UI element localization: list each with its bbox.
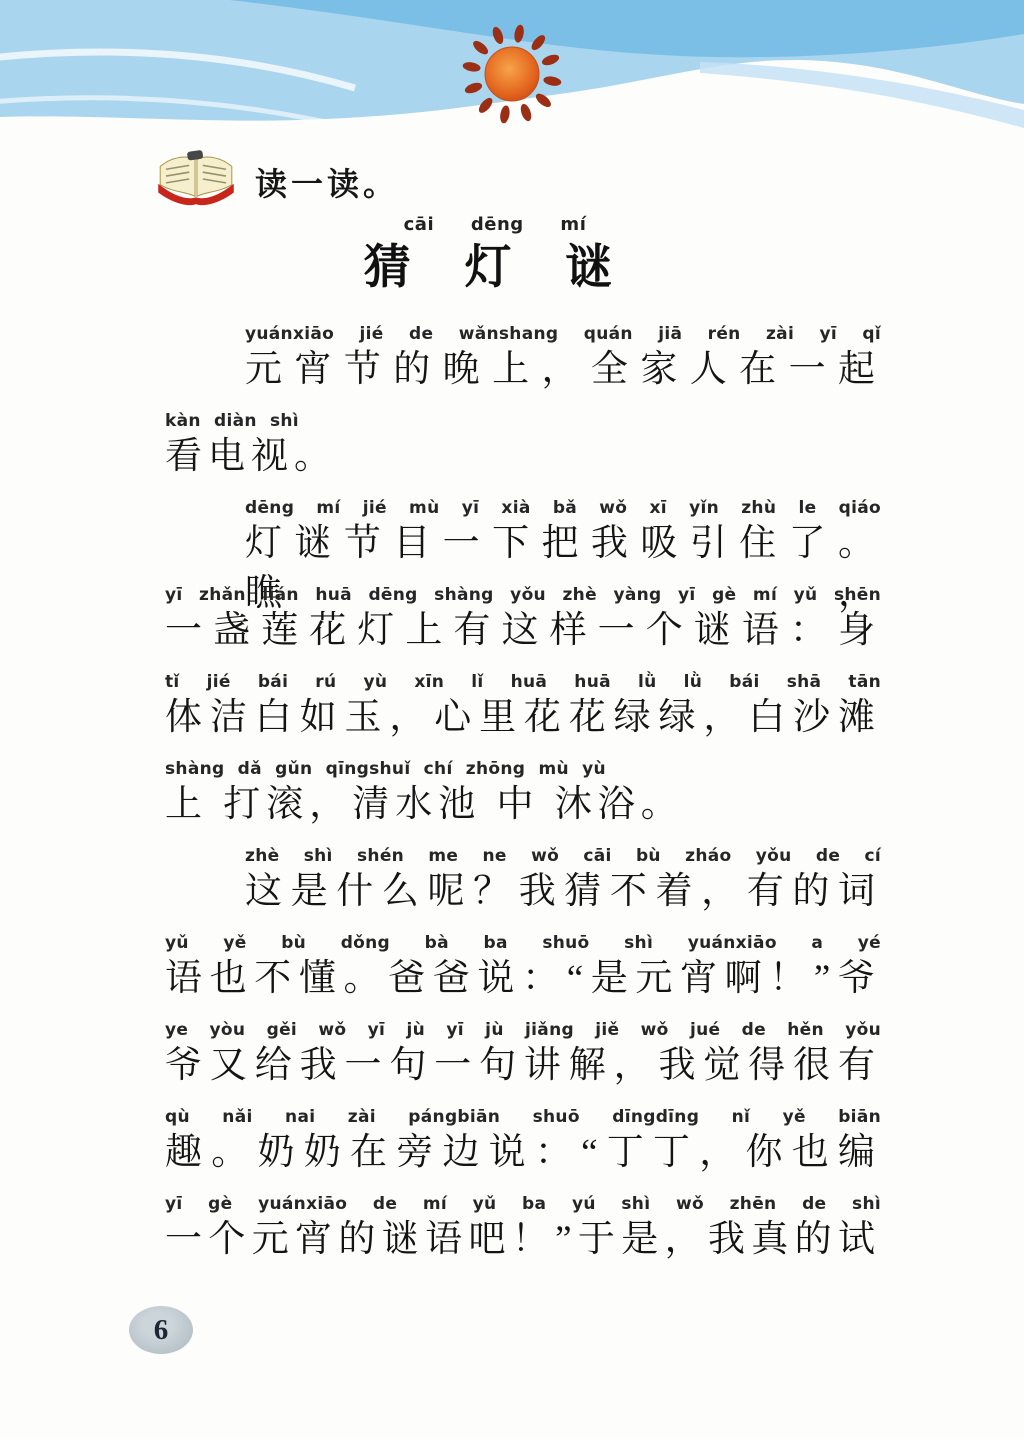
- hanzi-line: 爷又给我一句一句讲解，我觉得很有: [165, 1041, 881, 1091]
- page-number-badge: 6: [129, 1306, 193, 1354]
- hanzi-line: 看电视。: [165, 432, 881, 482]
- text-line: zhè shì shén me ne wǒ cāi bù zháo yǒu de…: [165, 845, 881, 917]
- title-hanzi: 猜 灯 谜: [137, 241, 853, 295]
- lesson-title-block: cāi dēng mí 猜 灯 谜: [137, 214, 853, 295]
- section-header: 读一读。: [153, 146, 881, 208]
- lesson-body: yuánxiāo jié de wǎnshang quán jiā rén zà…: [165, 323, 881, 1265]
- pinyin-line: dēng mí jié mù yī xià bǎ wǒ xī yǐn zhù l…: [245, 497, 881, 519]
- text-line: yuánxiāo jié de wǎnshang quán jiā rén zà…: [165, 323, 881, 395]
- pinyin-line: qù nǎi nai zài pángbiān shuō dīngdīng nǐ…: [165, 1106, 881, 1128]
- title-pinyin: cāi dēng mí: [137, 214, 853, 235]
- pinyin-line: yī gè yuánxiāo de mí yǔ ba yú shì wǒ zhē…: [165, 1193, 881, 1215]
- hanzi-line: 一个元宵的谜语吧！”于是，我真的试: [165, 1215, 881, 1265]
- pinyin-line: tǐ jié bái rú yù xīn lǐ huā huā lǜ lǜ bá…: [165, 671, 881, 693]
- textbook-page: 读一读。 cāi dēng mí 猜 灯 谜 yuánxiāo jié de w…: [0, 0, 1024, 1439]
- pinyin-line: zhè shì shén me ne wǒ cāi bù zháo yǒu de…: [245, 845, 881, 867]
- text-line: tǐ jié bái rú yù xīn lǐ huā huā lǜ lǜ bá…: [165, 671, 881, 743]
- text-line: yī gè yuánxiāo de mí yǔ ba yú shì wǒ zhē…: [165, 1193, 881, 1265]
- text-line: kàn diàn shì 看电视。: [165, 410, 881, 482]
- pinyin-line: yuánxiāo jié de wǎnshang quán jiā rén zà…: [245, 323, 881, 345]
- hanzi-line: 语也不懂。爸爸说：“是元宵啊！”爷: [165, 954, 881, 1004]
- text-line: qù nǎi nai zài pángbiān shuō dīngdīng nǐ…: [165, 1106, 881, 1178]
- hanzi-line: 灯谜节目一下把我吸引住了。瞧，: [245, 519, 881, 569]
- hanzi-line: 上 打滚，清水池 中 沐浴。: [165, 780, 881, 830]
- pinyin-line: kàn diàn shì: [165, 410, 881, 432]
- text-line: shàng dǎ gǔn qīngshuǐ chí zhōng mù yù 上 …: [165, 758, 881, 830]
- text-line: dēng mí jié mù yī xià bǎ wǒ xī yǐn zhù l…: [165, 497, 881, 569]
- section-label: 读一读。: [255, 168, 399, 208]
- hanzi-line: 趣。奶奶在旁边说：“丁丁，你也编: [165, 1128, 881, 1178]
- pinyin-line: yī zhǎn lián huā dēng shàng yǒu zhè yàng…: [165, 584, 881, 606]
- hanzi-line: 一盏莲花灯上有这样一个谜语：身: [165, 606, 881, 656]
- text-line: yī zhǎn lián huā dēng shàng yǒu zhè yàng…: [165, 584, 881, 656]
- hanzi-line: 元宵节的晚上，全家人在一起: [245, 345, 881, 395]
- open-book-icon: [153, 148, 239, 208]
- pinyin-line: ye yòu gěi wǒ yī jù yī jù jiǎng jiě wǒ j…: [165, 1019, 881, 1041]
- page-number: 6: [154, 1316, 169, 1345]
- page-content: 读一读。 cāi dēng mí 猜 灯 谜 yuánxiāo jié de w…: [165, 146, 881, 1280]
- pinyin-line: shàng dǎ gǔn qīngshuǐ chí zhōng mù yù: [165, 758, 881, 780]
- hanzi-line: 这是什么呢？我猜不着，有的词: [245, 867, 881, 917]
- pinyin-line: yǔ yě bù dǒng bà ba shuō shì yuánxiāo a …: [165, 932, 881, 954]
- text-line: ye yòu gěi wǒ yī jù yī jù jiǎng jiě wǒ j…: [165, 1019, 881, 1091]
- text-line: yǔ yě bù dǒng bà ba shuō shì yuánxiāo a …: [165, 932, 881, 1004]
- hanzi-line: 体洁白如玉，心里花花绿绿，白沙滩: [165, 693, 881, 743]
